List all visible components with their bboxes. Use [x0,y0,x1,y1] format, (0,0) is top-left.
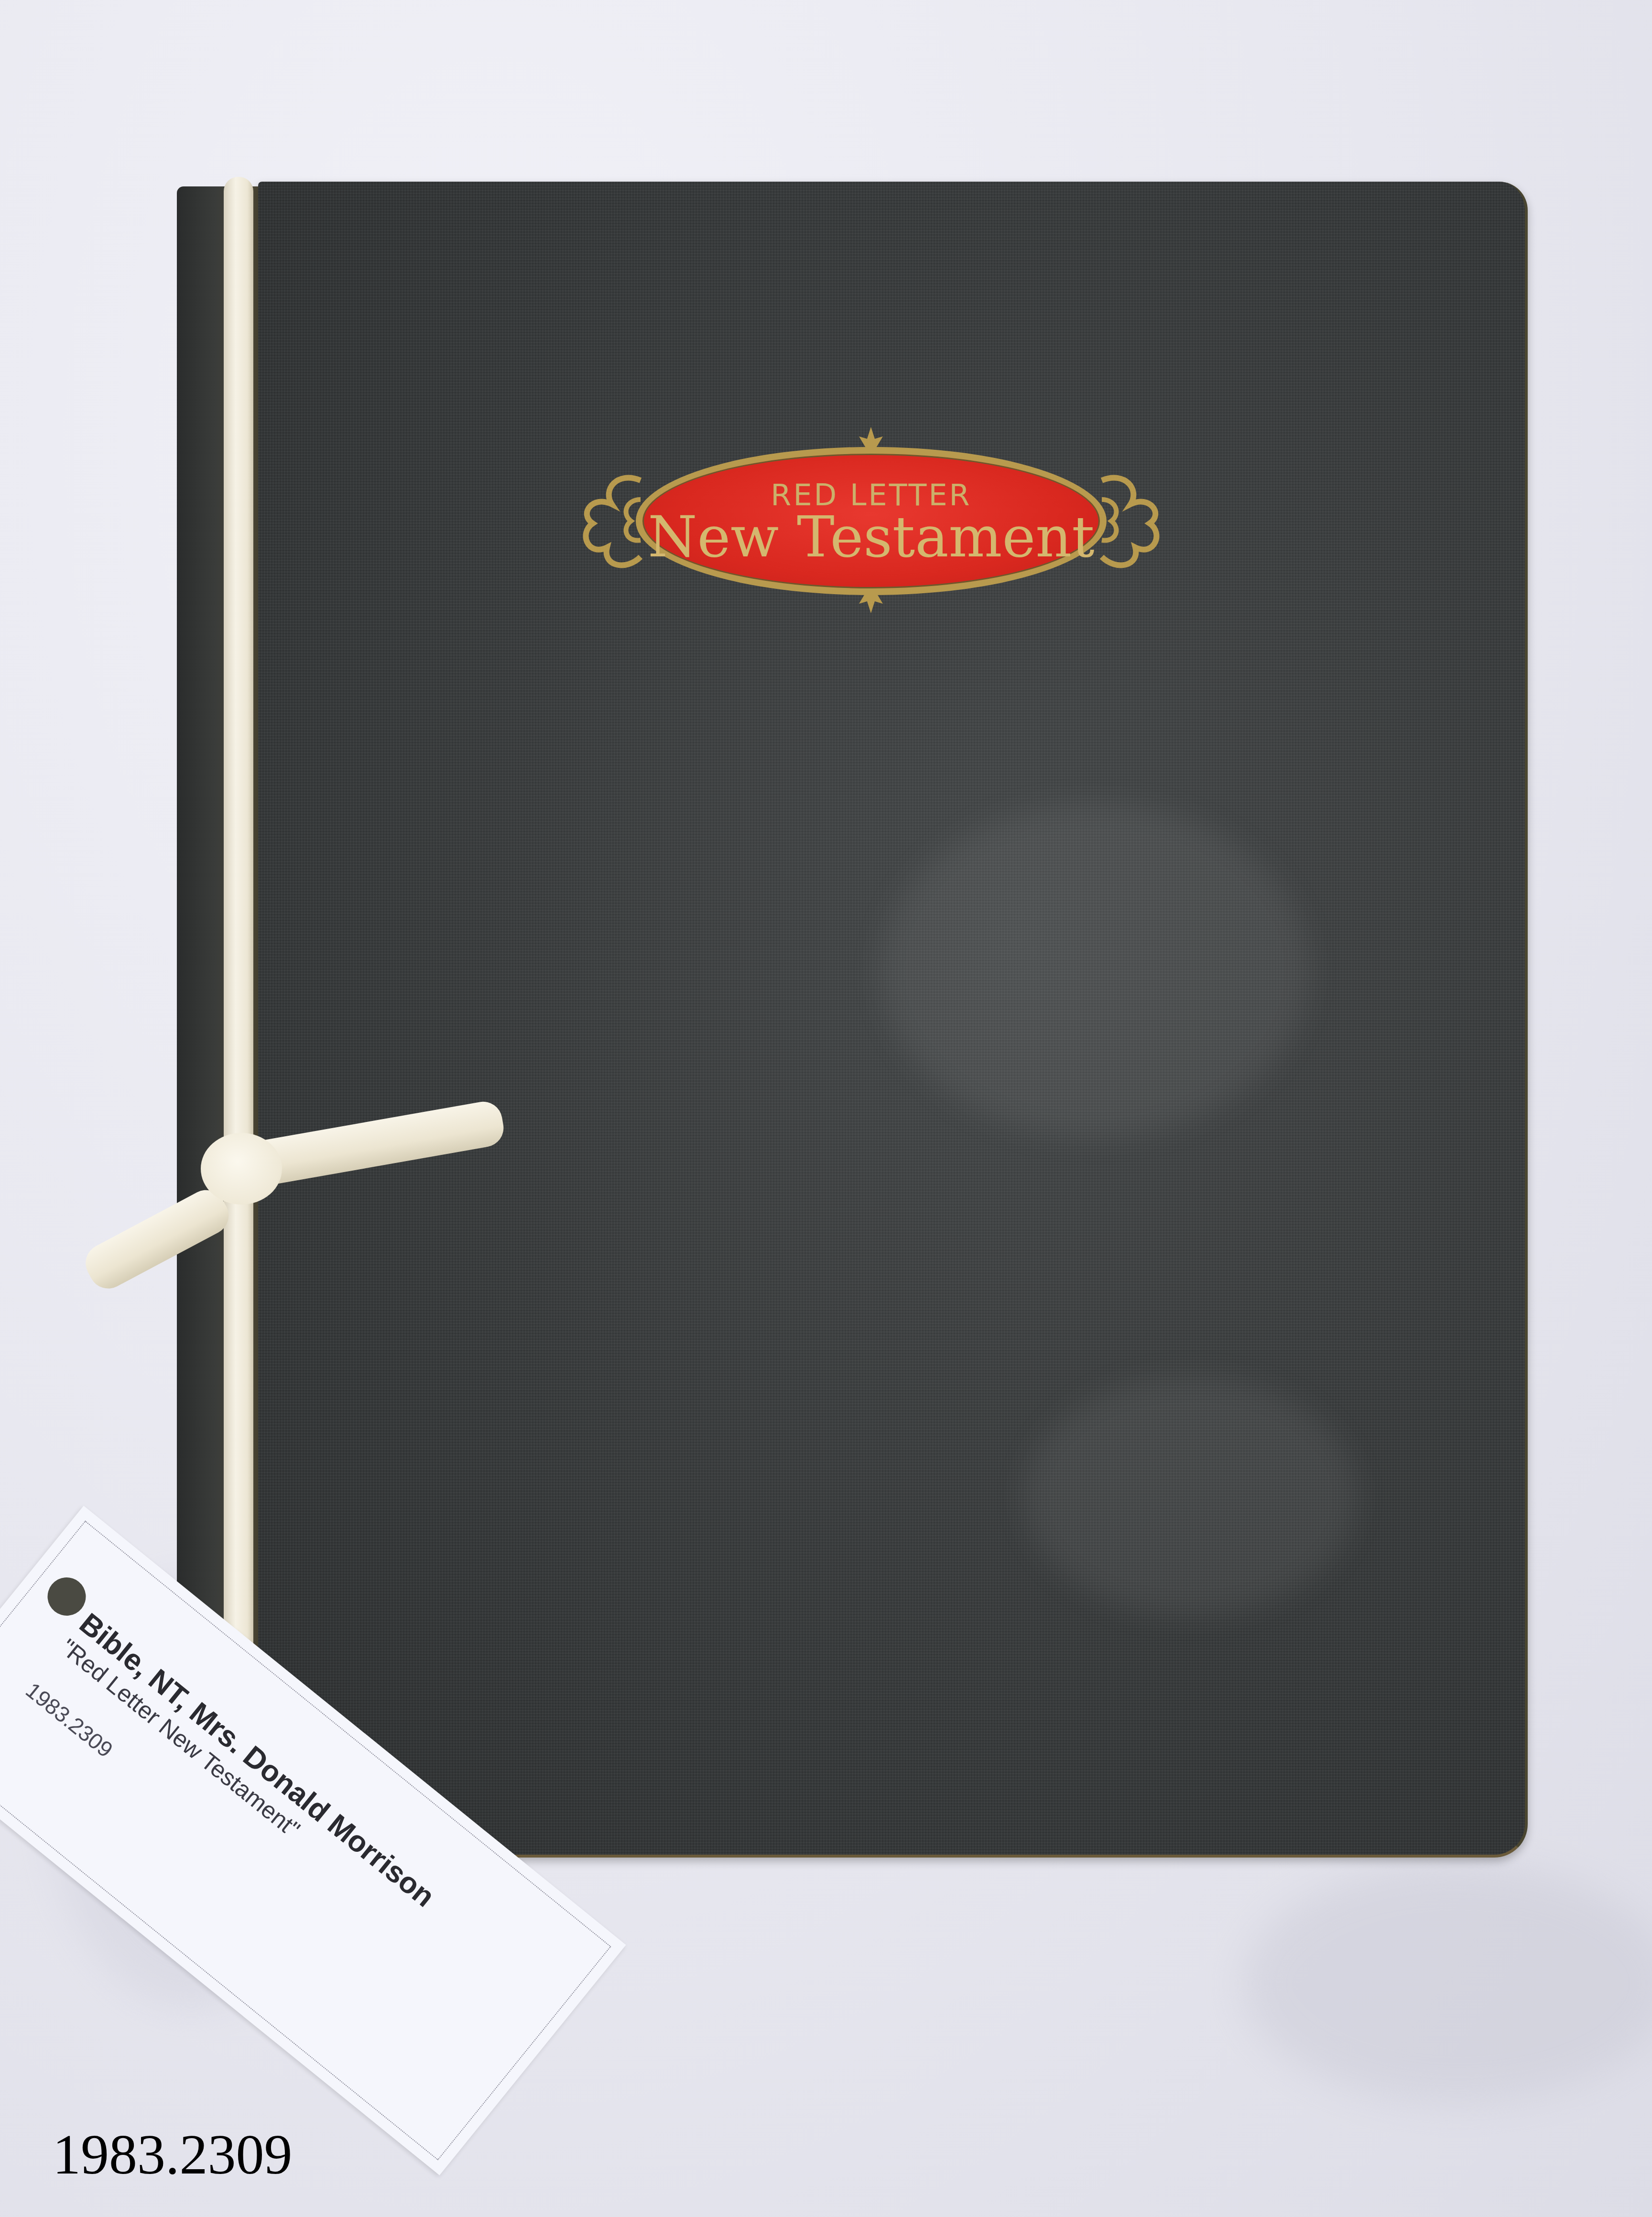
cover-scuff [1023,1377,1358,1616]
catalog-tag-area: Bible, NT, Mrs. Donald Morrison "Red Let… [0,1334,813,2146]
string-knot [201,1133,282,1205]
title-line-large: New Testament [642,504,1100,570]
catalog-tag: Bible, NT, Mrs. Donald Morrison "Red Let… [0,1506,626,2175]
flourish-ornament-icon [574,461,645,581]
accession-caption: 1983.2309 [53,2122,293,2187]
background-fold [1243,1864,1652,2103]
title-oval: RED LETTER New Testament [636,447,1107,595]
flourish-ornament-icon [1097,461,1169,581]
title-plate: RED LETTER New Testament [574,433,1169,609]
cover-scuff [880,803,1310,1138]
